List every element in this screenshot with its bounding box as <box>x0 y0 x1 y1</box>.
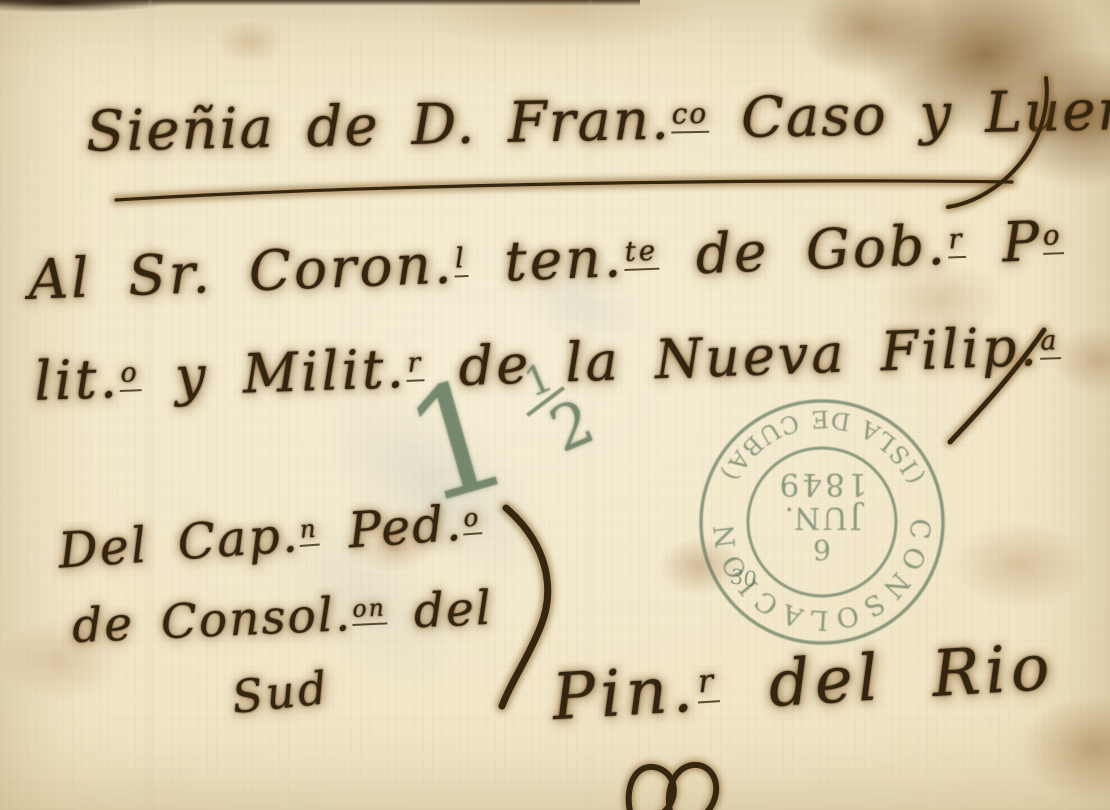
rate-fraction-denominator: 2 <box>542 390 603 462</box>
letter-front-scan: Sieñia de D. Fran.co Caso y Luengo Al Sr… <box>0 0 1110 810</box>
postmark-day: 6 <box>813 533 831 566</box>
postmark-month: JUN. <box>782 500 864 535</box>
postmark-year: 1849 <box>777 466 868 502</box>
luengo-tail-flourish <box>948 78 1047 207</box>
postmark-ring-number: 30 <box>729 564 759 591</box>
rate-fraction: 1 2 <box>505 351 602 471</box>
postmark-consolacion-cds: CONSOLACION (ISLA DE CUBA) 6 JUN. 1849 3… <box>692 392 952 652</box>
